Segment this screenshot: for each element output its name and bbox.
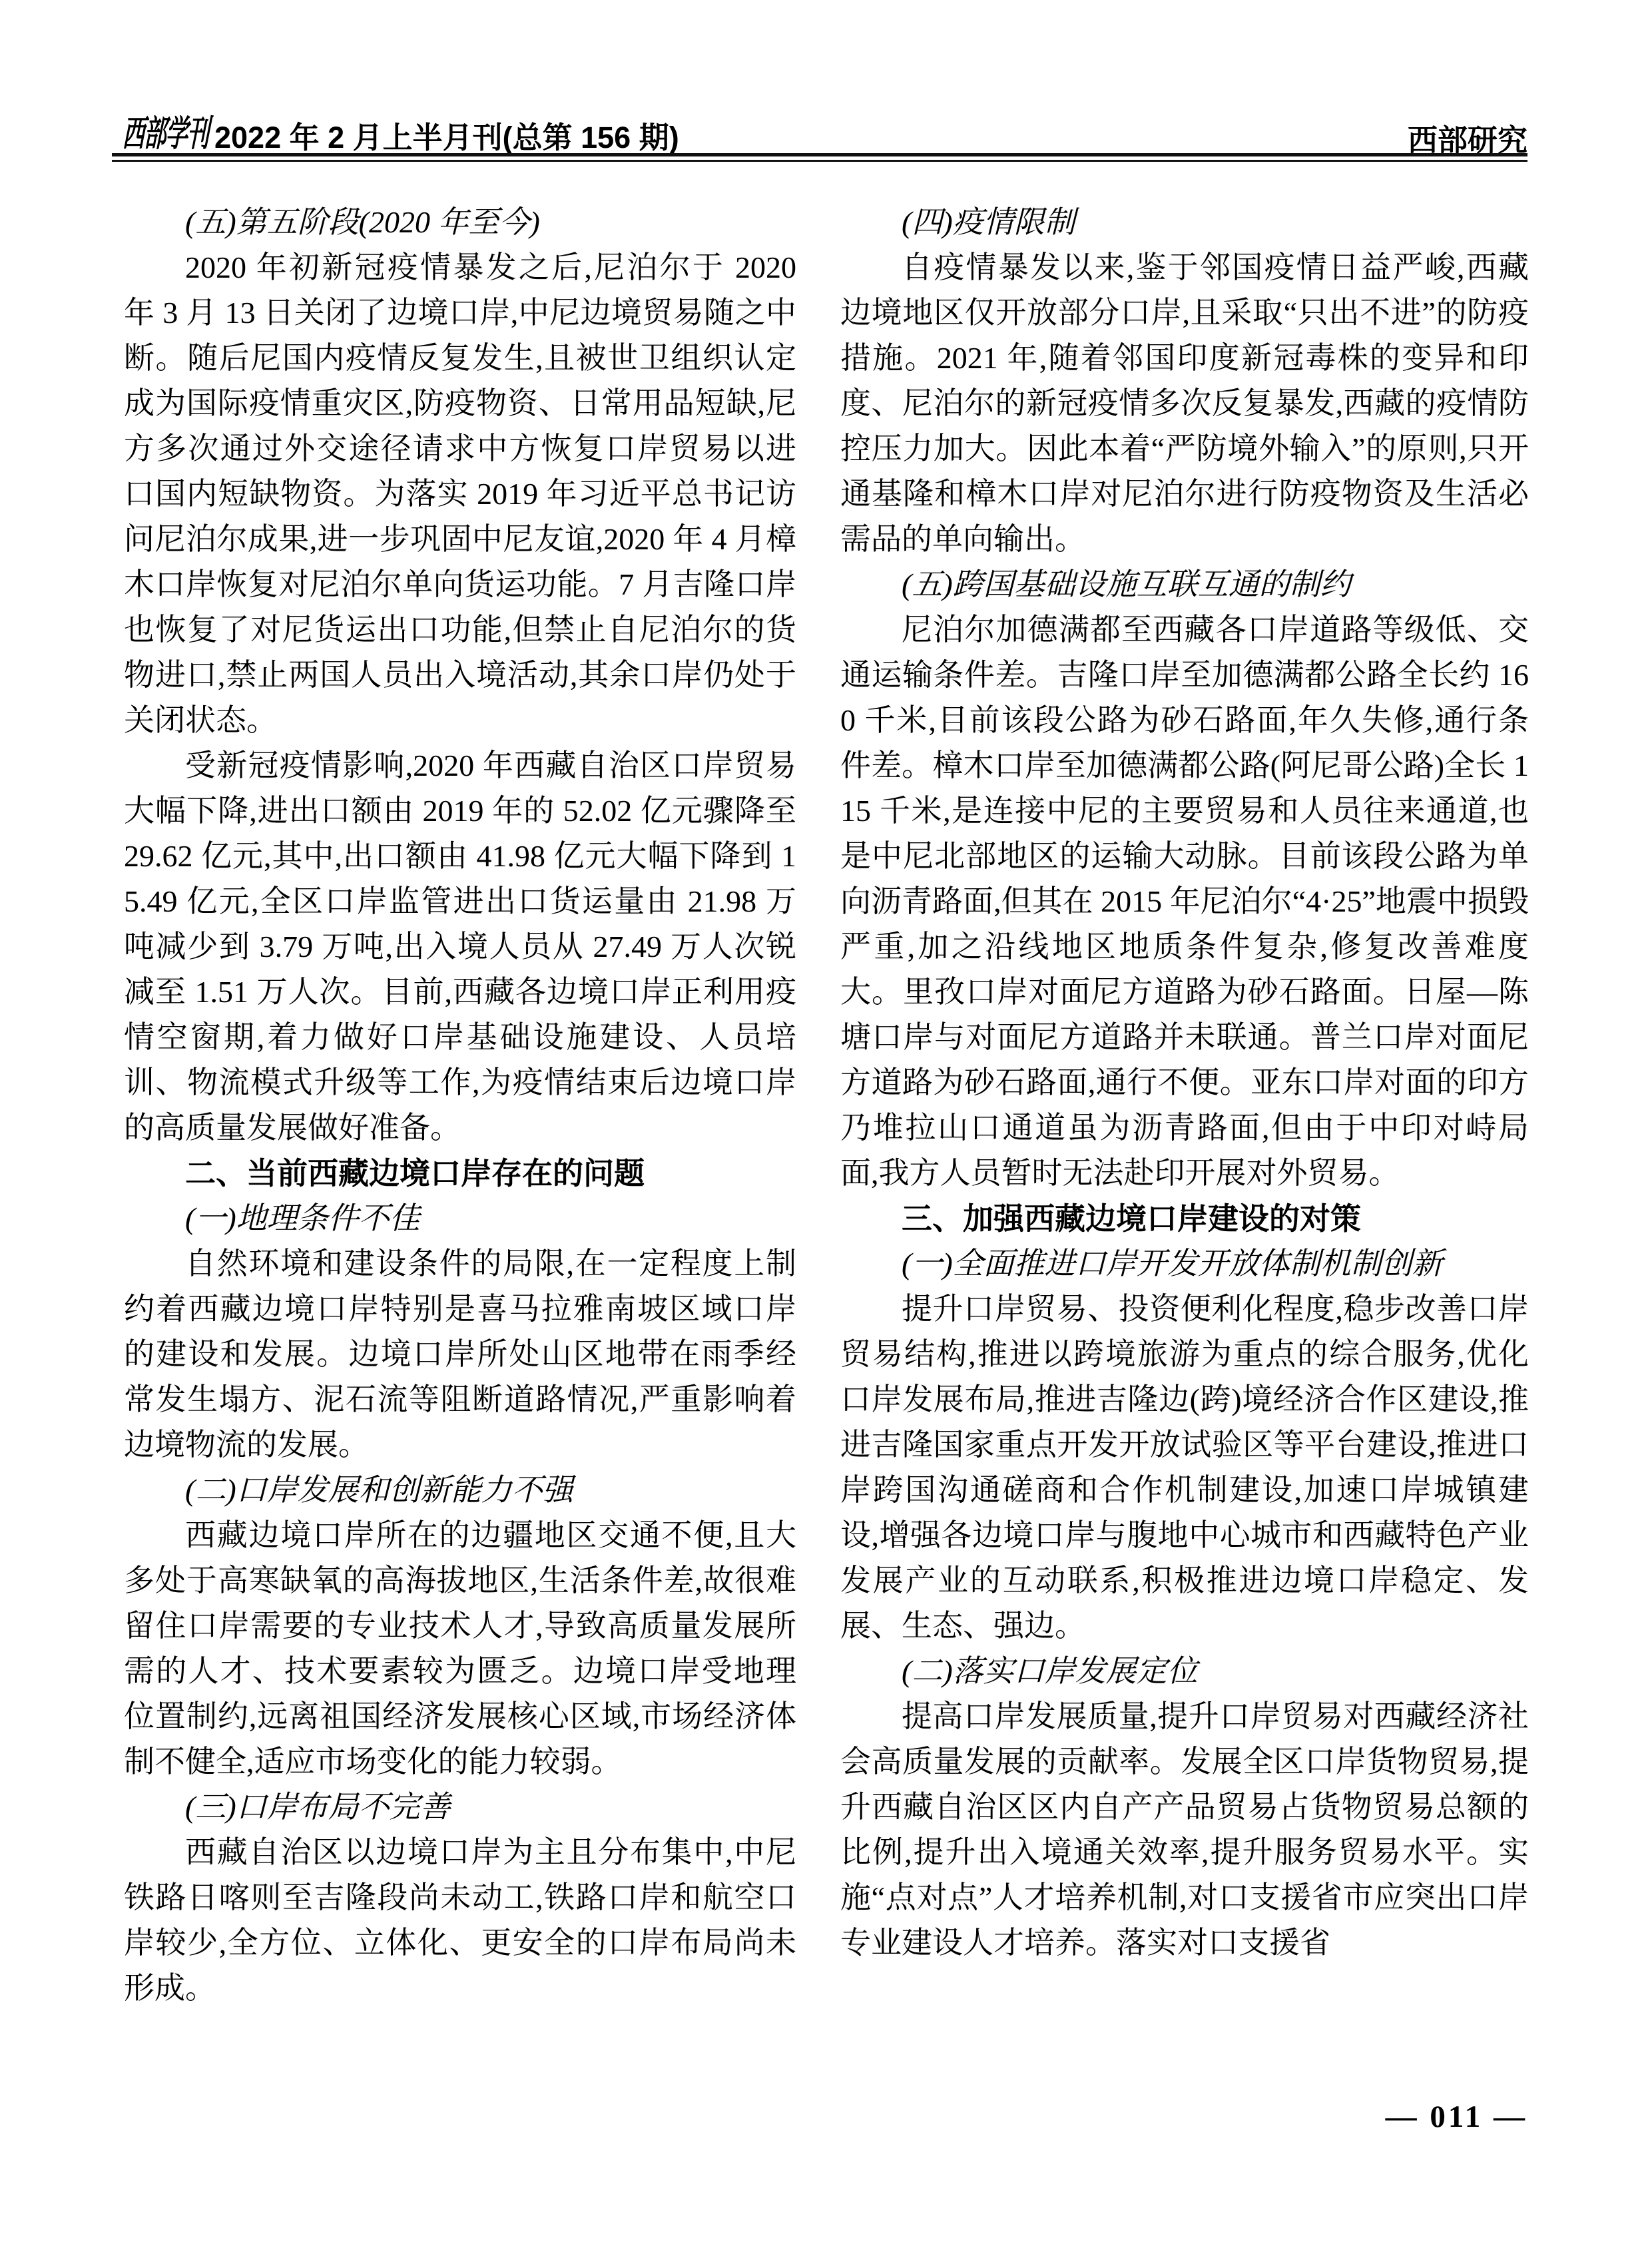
subsection-heading: (二)落实口岸发展定位 xyxy=(840,1649,1529,1694)
journal-page: 西部学刊 2022 年 2 月上半月刊(总第 156 期) 西部研究 (五)第五… xyxy=(0,0,1652,2242)
paragraph: 2020 年初新冠疫情暴发之后,尼泊尔于 2020 年 3 月 13 日关闭了边… xyxy=(124,245,796,743)
paragraph: 受新冠疫情影响,2020 年西藏自治区口岸贸易大幅下降,进出口额由 2019 年… xyxy=(124,743,796,1151)
paragraph: 自疫情暴发以来,鉴于邻国疫情日益严峻,西藏边境地区仅开放部分口岸,且采取“只出不… xyxy=(840,245,1529,562)
paragraph: 西藏边境口岸所在的边疆地区交通不便,且大多处于高寒缺氧的高海拔地区,生活条件差,… xyxy=(124,1513,796,1785)
right-column: (四)疫情限制 自疫情暴发以来,鉴于邻国疫情日益严峻,西藏边境地区仅开放部分口岸… xyxy=(840,200,1529,1966)
paragraph: 提升口岸贸易、投资便利化程度,稳步改善口岸贸易结构,推进以跨境旅游为重点的综合服… xyxy=(840,1286,1529,1649)
paragraph: 西藏自治区以边境口岸为主且分布集中,中尼铁路日喀则至吉隆段尚未动工,铁路口岸和航… xyxy=(124,1830,796,2011)
paragraph: 提高口岸发展质量,提升口岸贸易对西藏经济社会高质量发展的贡献率。发展全区口岸货物… xyxy=(840,1694,1529,1966)
issue-info: 2022 年 2 月上半月刊(总第 156 期) xyxy=(214,113,679,156)
subsection-heading: (一)地理条件不佳 xyxy=(124,1196,796,1241)
subsection-heading: (二)口岸发展和创新能力不强 xyxy=(124,1468,796,1513)
subsection-heading: (三)口岸布局不完善 xyxy=(124,1785,796,1830)
left-column: (五)第五阶段(2020 年至今) 2020 年初新冠疫情暴发之后,尼泊尔于 2… xyxy=(124,200,796,2011)
subsection-heading: (一)全面推进口岸开发开放体制机制创新 xyxy=(840,1241,1529,1286)
journal-logo: 西部学刊 xyxy=(122,105,210,156)
subsection-heading: (四)疫情限制 xyxy=(840,200,1529,245)
paragraph: 尼泊尔加德满都至西藏各口岸道路等级低、交通运输条件差。吉隆口岸至加德满都公路全长… xyxy=(840,607,1529,1196)
subsection-heading: (五)第五阶段(2020 年至今) xyxy=(124,200,796,245)
subsection-heading: (五)跨国基础设施互联互通的制约 xyxy=(840,562,1529,607)
page-number: — 011 — xyxy=(1386,2099,1527,2135)
section-heading: 二、当前西藏边境口岸存在的问题 xyxy=(124,1151,796,1196)
section-heading: 三、加强西藏边境口岸建设的对策 xyxy=(840,1196,1529,1241)
header-rule-divider xyxy=(112,153,1527,162)
paragraph: 自然环境和建设条件的局限,在一定程度上制约着西藏边境口岸特别是喜马拉雅南坡区域口… xyxy=(124,1241,796,1468)
